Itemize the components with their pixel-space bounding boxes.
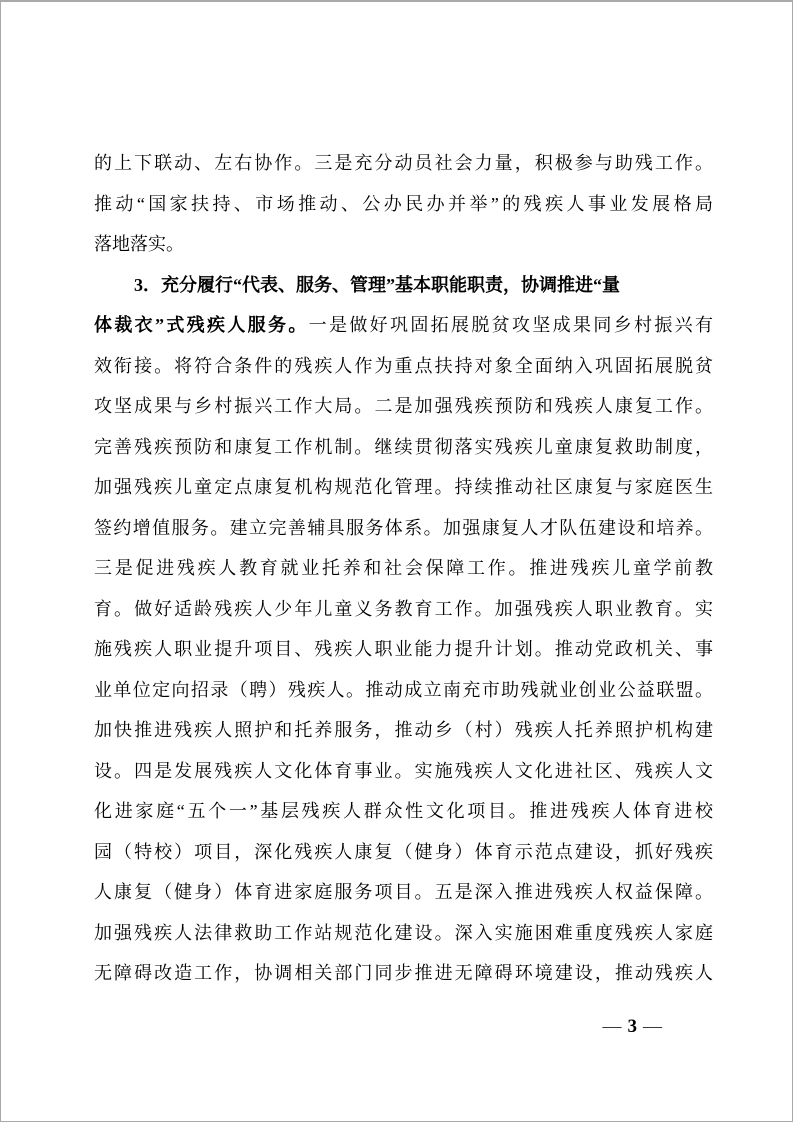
page-number-value: 3 — [622, 1016, 644, 1037]
text-line: 无障碍改造工作，协调相关部门同步推进无障碍环境建设，推动残疾人 — [94, 953, 713, 994]
text-run: 无障碍改造工作，协调相关部门同步推进无障碍环境建设，推动残疾人 — [94, 963, 713, 983]
text-run: 推动“国家扶持、市场推动、公办民办并举”的残疾人事业发展格局 — [94, 194, 713, 214]
text-run: 的上下联动、左右协作。三是充分动员社会力量，积极参与助残工作。 — [94, 153, 713, 173]
page-number-dash-right: — — [643, 1016, 662, 1037]
text-line: 3．充分履行“代表、服务、管理”基本职能职责，协调推进“量 — [94, 265, 713, 306]
text-run: 设。四是发展残疾人文化体育事业。实施残疾人文化进社区、残疾人文 — [94, 761, 713, 781]
text-line: 落地落实。 — [94, 224, 713, 265]
text-line: 加强残疾人法律救助工作站规范化建设。深入实施困难重度残疾人家庭 — [94, 913, 713, 954]
text-line: 完善残疾预防和康复工作机制。继续贯彻落实残疾儿童康复救助制度， — [94, 427, 713, 468]
text-run: 完善残疾预防和康复工作机制。继续贯彻落实残疾儿童康复救助制度， — [94, 437, 713, 457]
text-run: 施残疾人职业提升项目、残疾人职业能力提升计划。推动党政机关、事 — [94, 639, 713, 659]
text-line: 体裁衣”式残疾人服务。一是做好巩固拓展脱贫攻坚成果同乡村振兴有 — [94, 305, 713, 346]
text-run: 加强残疾人法律救助工作站规范化建设。深入实施困难重度残疾人家庭 — [94, 923, 713, 943]
text-run: 人康复（健身）体育进家庭服务项目。五是深入推进残疾人权益保障。 — [94, 882, 713, 902]
text-run: 园（特校）项目，深化残疾人康复（健身）体育示范点建设，抓好残疾 — [94, 842, 713, 862]
text-line: 三是促进残疾人教育就业托养和社会保障工作。推进残疾儿童学前教 — [94, 548, 713, 589]
bold-text-run: 体裁衣”式残疾人服务。 — [94, 315, 309, 335]
text-line: 化进家庭“五个一”基层残疾人群众性文化项目。推进残疾人体育进校 — [94, 791, 713, 832]
text-line: 加强残疾儿童定点康复机构规范化管理。持续推动社区康复与家庭医生 — [94, 467, 713, 508]
text-run: 加快推进残疾人照护和托养服务，推动乡（村）残疾人托养照护机构建 — [94, 720, 713, 740]
document-page: 的上下联动、左右协作。三是充分动员社会力量，积极参与助残工作。推动“国家扶持、市… — [0, 0, 793, 1122]
text-run: 攻坚成果与乡村振兴工作大局。二是加强残疾预防和残疾人康复工作。 — [94, 396, 713, 416]
text-run: 育。做好适龄残疾人少年儿童义务教育工作。加强残疾人职业教育。实 — [94, 599, 713, 619]
text-run: 一是做好巩固拓展脱贫攻坚成果同乡村振兴有 — [309, 315, 713, 335]
text-line: 签约增值服务。建立完善辅具服务体系。加强康复人才队伍建设和培养。 — [94, 508, 713, 549]
text-run: 三是促进残疾人教育就业托养和社会保障工作。推进残疾儿童学前教 — [94, 558, 713, 578]
text-run: 化进家庭“五个一”基层残疾人群众性文化项目。推进残疾人体育进校 — [94, 801, 713, 821]
page-number-dash-left: — — [603, 1016, 622, 1037]
text-line: 的上下联动、左右协作。三是充分动员社会力量，积极参与助残工作。 — [94, 143, 713, 184]
text-line: 攻坚成果与乡村振兴工作大局。二是加强残疾预防和残疾人康复工作。 — [94, 386, 713, 427]
text-line: 业单位定向招录（聘）残疾人。推动成立南充市助残就业创业公益联盟。 — [94, 670, 713, 711]
bold-text-run: 3．充分履行“代表、服务、管理”基本职能职责，协调推进“量 — [134, 275, 620, 295]
text-run: 业单位定向招录（聘）残疾人。推动成立南充市助残就业创业公益联盟。 — [94, 680, 713, 700]
text-line: 园（特校）项目，深化残疾人康复（健身）体育示范点建设，抓好残疾 — [94, 832, 713, 873]
body-text: 的上下联动、左右协作。三是充分动员社会力量，积极参与助残工作。推动“国家扶持、市… — [94, 143, 713, 994]
text-run: 加强残疾儿童定点康复机构规范化管理。持续推动社区康复与家庭医生 — [94, 477, 713, 497]
text-line: 加快推进残疾人照护和托养服务，推动乡（村）残疾人托养照护机构建 — [94, 710, 713, 751]
text-line: 育。做好适龄残疾人少年儿童义务教育工作。加强残疾人职业教育。实 — [94, 589, 713, 630]
text-line: 设。四是发展残疾人文化体育事业。实施残疾人文化进社区、残疾人文 — [94, 751, 713, 792]
text-run: 签约增值服务。建立完善辅具服务体系。加强康复人才队伍建设和培养。 — [94, 518, 713, 538]
text-line: 施残疾人职业提升项目、残疾人职业能力提升计划。推动党政机关、事 — [94, 629, 713, 670]
page-number: —3— — [603, 1014, 663, 1040]
text-run: 落地落实。 — [94, 234, 184, 254]
text-line: 推动“国家扶持、市场推动、公办民办并举”的残疾人事业发展格局 — [94, 184, 713, 225]
text-line: 效衔接。将符合条件的残疾人作为重点扶持对象全面纳入巩固拓展脱贫 — [94, 346, 713, 387]
text-line: 人康复（健身）体育进家庭服务项目。五是深入推进残疾人权益保障。 — [94, 872, 713, 913]
text-run: 效衔接。将符合条件的残疾人作为重点扶持对象全面纳入巩固拓展脱贫 — [94, 356, 713, 376]
